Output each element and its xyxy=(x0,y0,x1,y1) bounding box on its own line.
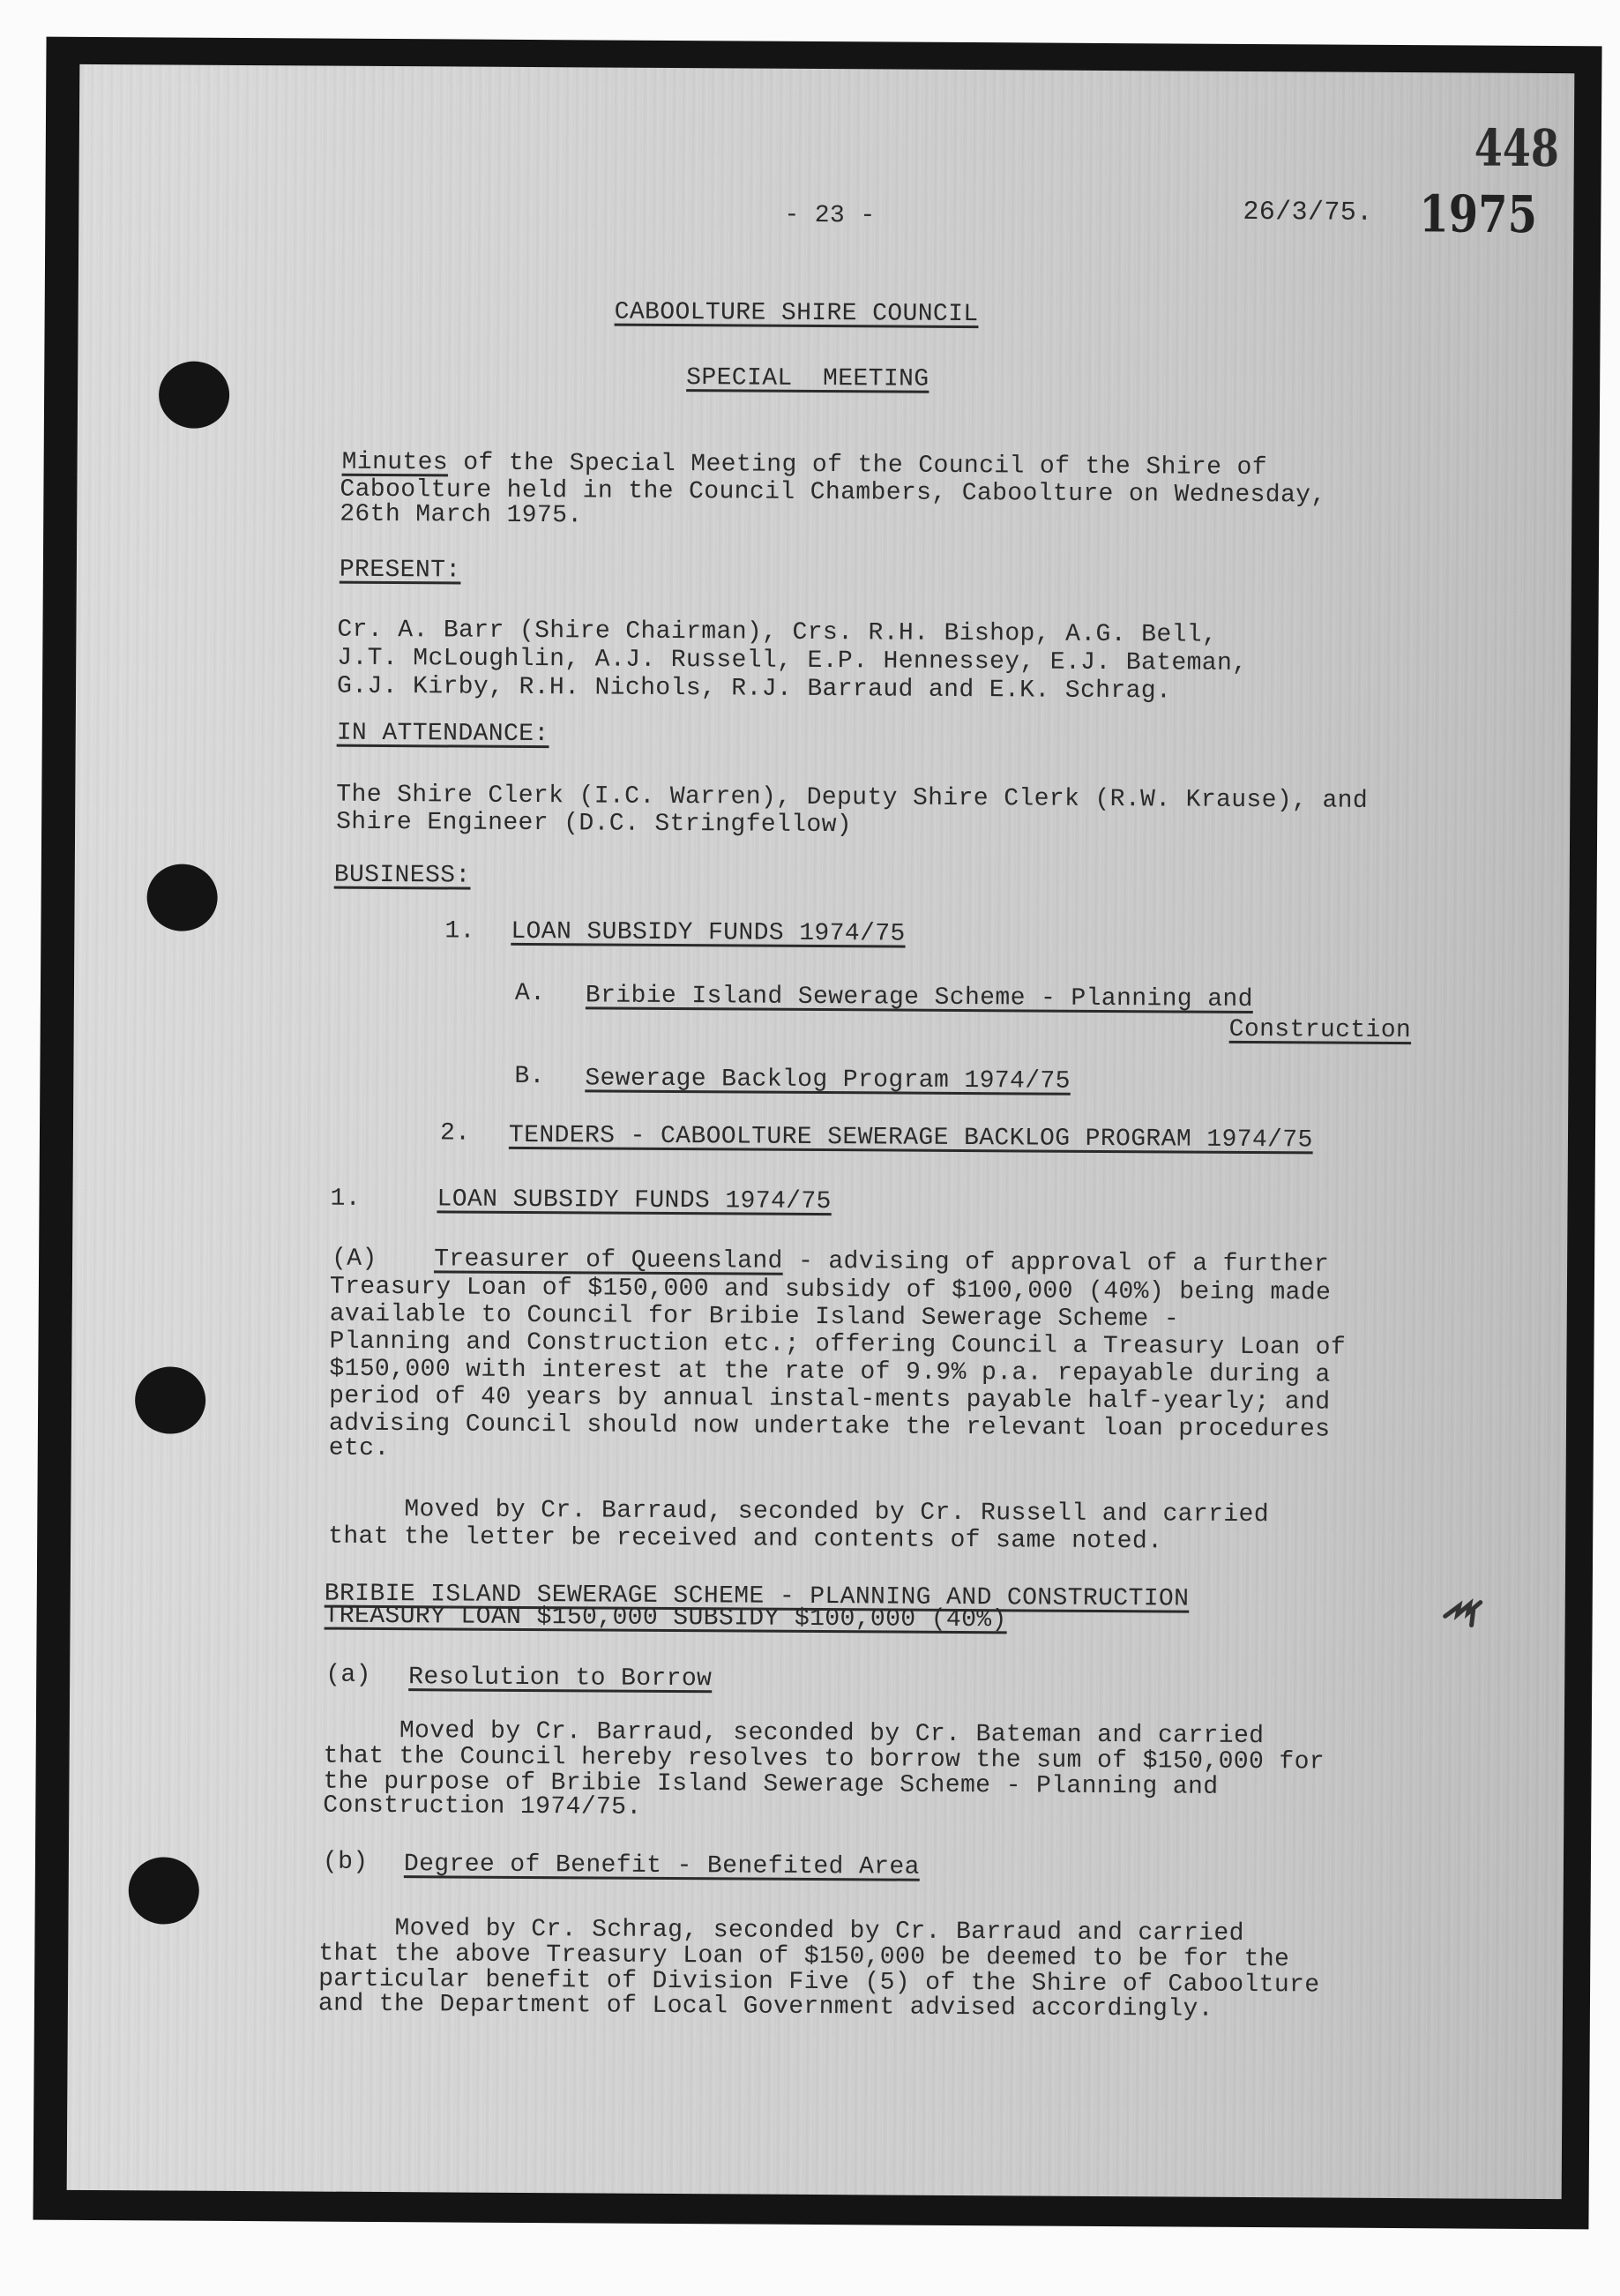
attendance-line: Shire Engineer (D.C. Stringfellow) xyxy=(336,810,852,840)
present-line: J.T. McLoughlin, A.J. Russell, E.P. Henn… xyxy=(337,646,1247,677)
council-title: CABOOLTURE SHIRE COUNCIL xyxy=(615,300,979,329)
item-label: (A) xyxy=(332,1246,377,1273)
punch-hole xyxy=(129,1857,199,1924)
punch-hole xyxy=(146,864,217,931)
punch-hole xyxy=(159,361,229,428)
intro-line-3: 26th March 1975. xyxy=(340,502,582,530)
meeting-title: SPECIAL MEETING xyxy=(686,365,929,393)
business-item-number: A. xyxy=(515,981,546,1007)
attendance-heading: IN ATTENDANCE: xyxy=(337,721,549,748)
business-item-title: Sewerage Backlog Program 1974/75 xyxy=(585,1066,1071,1095)
sub-label: (a) xyxy=(325,1663,371,1689)
minutes-word: Minutes xyxy=(342,449,449,477)
handwritten-initials-icon xyxy=(1442,1589,1495,1634)
scan-border: - 23 - 26/3/75. 448 1975 CABOOLTURE SHIR… xyxy=(33,37,1601,2230)
motion-line: that the letter be received and contents… xyxy=(328,1524,1162,1556)
business-item-title: Bribie Island Sewerage Scheme - Planning… xyxy=(586,983,1253,1013)
punch-hole xyxy=(135,1366,205,1433)
present-line: Cr. A. Barr (Shire Chairman), Crs. R.H. … xyxy=(337,617,1217,649)
business-item-number: B. xyxy=(514,1064,545,1090)
year-stamp: 1975 xyxy=(1419,185,1537,245)
business-item-number: 1. xyxy=(444,918,475,945)
present-line: G.J. Kirby, R.H. Nichols, R.J. Barraud a… xyxy=(337,674,1171,706)
item-a-line: etc. xyxy=(329,1436,390,1462)
business-item-number: 2. xyxy=(440,1120,471,1147)
page-number: - 23 - xyxy=(784,203,875,230)
item-a-line-1: Treasurer of Queensland - advising of ap… xyxy=(434,1246,1329,1278)
meeting-date: 26/3/75. xyxy=(1243,199,1372,227)
item-text: - advising of approval of a further xyxy=(783,1248,1329,1279)
bribie-heading-line: TREASURY LOAN $150,000 SUBSIDY $100,000 … xyxy=(325,1604,1007,1634)
sub-heading: Resolution to Borrow xyxy=(408,1664,712,1693)
present-heading: PRESENT: xyxy=(340,557,461,585)
document-page: - 23 - 26/3/75. 448 1975 CABOOLTURE SHIR… xyxy=(67,64,1575,2199)
sub-heading: Degree of Benefit - Benefited Area xyxy=(404,1851,920,1881)
folio-number-stamp: 448 xyxy=(1474,118,1559,178)
sub-a-line: Construction 1974/75. xyxy=(323,1793,641,1821)
sub-b-line: and the Department of Local Government a… xyxy=(318,1992,1213,2023)
section-number: 1. xyxy=(330,1186,361,1213)
item-subject: Treasurer of Queensland xyxy=(434,1245,783,1275)
item-a-line: advising Council should now undertake th… xyxy=(329,1411,1331,1444)
sub-label: (b) xyxy=(323,1850,369,1876)
section-heading: LOAN SUBSIDY FUNDS 1974/75 xyxy=(437,1186,831,1215)
business-heading: BUSINESS: xyxy=(334,863,471,890)
business-item-title: TENDERS - CABOOLTURE SEWERAGE BACKLOG PR… xyxy=(509,1123,1313,1155)
business-item-title-cont: Construction xyxy=(1229,1017,1412,1044)
business-item-title: LOAN SUBSIDY FUNDS 1974/75 xyxy=(511,919,905,948)
